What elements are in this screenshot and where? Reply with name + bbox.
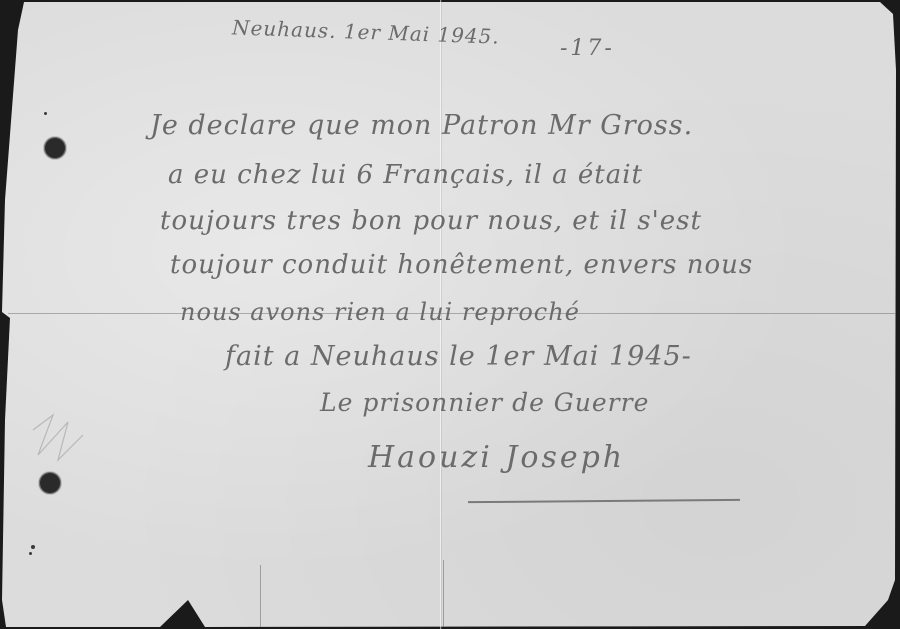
paper-speck: [29, 552, 32, 555]
body-line-4: toujour conduit honêtement, envers nous: [170, 252, 753, 278]
body-line-3: toujours tres bon pour nous, et il s'est: [160, 208, 702, 234]
body-line-5: nous avons rien a lui reproché: [180, 300, 580, 324]
paper-tear: [443, 560, 444, 627]
margin-scribble-mark: [28, 410, 88, 470]
paper-tear: [260, 565, 261, 627]
punch-hole-bottom: [39, 472, 61, 494]
closing-place-date: fait a Neuhaus le 1er Mai 1945-: [225, 343, 692, 370]
signature: Haouzi Joseph: [368, 443, 625, 473]
paper-speck: [31, 545, 35, 549]
body-line-2: a eu chez lui 6 Français, il a était: [168, 162, 643, 188]
body-line-1: Je declare que mon Patron Mr Gross.: [150, 112, 693, 139]
punch-hole-top: [44, 137, 66, 159]
closing-title: Le prisonnier de Guerre: [320, 390, 649, 415]
page-number: -17-: [560, 38, 615, 60]
paper-speck: [44, 112, 47, 115]
